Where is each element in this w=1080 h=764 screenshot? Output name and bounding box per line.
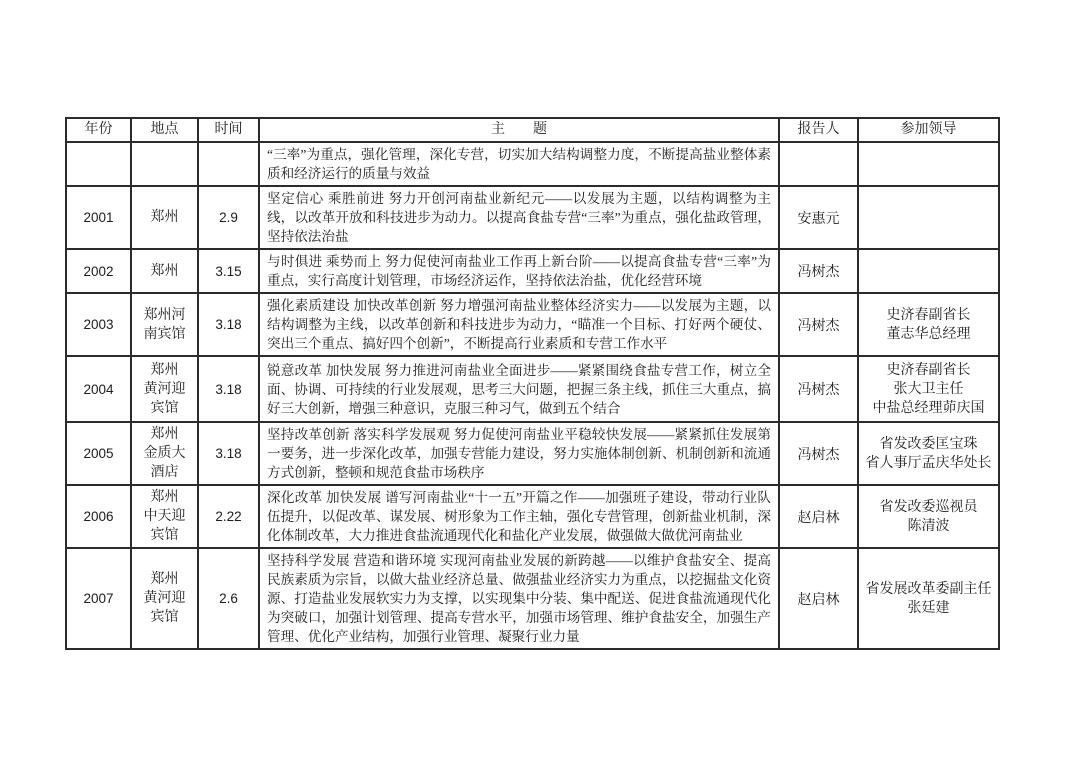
table-row: 2002 郑州 3.15 与时俱进 乘势而上 努力促使河南盐业工作再上新台阶——… bbox=[66, 249, 999, 293]
column-header-leaders: 参加领导 bbox=[858, 118, 999, 142]
cell-location: 郑州 中天迎 宾馆 bbox=[131, 485, 198, 548]
cell-time: 3.18 bbox=[198, 422, 259, 485]
cell-leaders: 省发改委匡宝珠 省人事厅孟庆华处长 bbox=[858, 422, 999, 485]
column-header-reporter: 报告人 bbox=[779, 118, 858, 142]
document-page: 年份 地点 时间 主 题 报告人 参加领导 “三率”为重点，强化管理，深化专营，… bbox=[0, 0, 1080, 764]
cell-time: 2.6 bbox=[198, 548, 259, 649]
table-row: 2001 郑州 2.9 坚定信心 乘胜前进 努力开创河南盐业新纪元——以发展为主… bbox=[66, 186, 999, 249]
cell-time: 2.9 bbox=[198, 186, 259, 249]
table-row: 2003 郑州河 南宾馆 3.18 强化素质建设 加快改革创新 努力增强河南盐业… bbox=[66, 293, 999, 356]
cell-reporter bbox=[779, 142, 858, 186]
cell-reporter: 赵启林 bbox=[779, 485, 858, 548]
cell-year: 2006 bbox=[66, 485, 131, 548]
cell-theme: 坚持科学发展 营造和谐环境 实现河南盐业发展的新跨越——以维护食盐安全、提高民族… bbox=[259, 548, 779, 649]
table-row: 2006 郑州 中天迎 宾馆 2.22 深化改革 加快发展 谱写河南盐业“十一五… bbox=[66, 485, 999, 548]
table-row: 2007 郑州 黄河迎 宾馆 2.6 坚持科学发展 营造和谐环境 实现河南盐业发… bbox=[66, 548, 999, 649]
table-row: 2004 郑州 黄河迎 宾馆 3.18 锐意改革 加快发展 努力推进河南盐业全面… bbox=[66, 356, 999, 422]
cell-time: 3.18 bbox=[198, 356, 259, 422]
cell-leaders: 省发改委巡视员 陈清波 bbox=[858, 485, 999, 548]
cell-year: 2002 bbox=[66, 249, 131, 293]
cell-location: 郑州 黄河迎 宾馆 bbox=[131, 356, 198, 422]
cell-location: 郑州 bbox=[131, 249, 198, 293]
table-row: “三率”为重点，强化管理，深化专营，切实加大结构调整力度，不断提高盐业整体素质和… bbox=[66, 142, 999, 186]
table-header-row: 年份 地点 时间 主 题 报告人 参加领导 bbox=[66, 118, 999, 142]
cell-time bbox=[198, 142, 259, 186]
column-header-theme: 主 题 bbox=[259, 118, 779, 142]
cell-leaders: 史济春副省长 董志华总经理 bbox=[858, 293, 999, 356]
cell-reporter: 冯树杰 bbox=[779, 249, 858, 293]
cell-theme: 锐意改革 加快发展 努力推进河南盐业全面进步——紧紧围绕食盐专营工作，树立全面、… bbox=[259, 356, 779, 422]
cell-theme: “三率”为重点，强化管理，深化专营，切实加大结构调整力度，不断提高盐业整体素质和… bbox=[259, 142, 779, 186]
cell-leaders: 史济春副省长 张大卫主任 中盐总经理茆庆国 bbox=[858, 356, 999, 422]
cell-reporter: 冯树杰 bbox=[779, 356, 858, 422]
cell-leaders bbox=[858, 186, 999, 249]
cell-year: 2003 bbox=[66, 293, 131, 356]
table-row: 2005 郑州 金质大 酒店 3.18 坚持改革创新 落实科学发展观 努力促使河… bbox=[66, 422, 999, 485]
cell-location: 郑州 bbox=[131, 186, 198, 249]
cell-year: 2007 bbox=[66, 548, 131, 649]
cell-location: 郑州河 南宾馆 bbox=[131, 293, 198, 356]
column-header-location: 地点 bbox=[131, 118, 198, 142]
cell-leaders: 省发展改革委副主任 张廷建 bbox=[858, 548, 999, 649]
cell-reporter: 冯树杰 bbox=[779, 422, 858, 485]
cell-theme: 与时俱进 乘势而上 努力促使河南盐业工作再上新台阶——以提高食盐专营“三率”为重… bbox=[259, 249, 779, 293]
cell-location: 郑州 金质大 酒店 bbox=[131, 422, 198, 485]
meeting-table: 年份 地点 时间 主 题 报告人 参加领导 “三率”为重点，强化管理，深化专营，… bbox=[65, 117, 1000, 650]
cell-time: 2.22 bbox=[198, 485, 259, 548]
cell-reporter: 安惠元 bbox=[779, 186, 858, 249]
cell-theme: 坚定信心 乘胜前进 努力开创河南盐业新纪元——以发展为主题，以结构调整为主线，以… bbox=[259, 186, 779, 249]
cell-year: 2005 bbox=[66, 422, 131, 485]
cell-theme: 坚持改革创新 落实科学发展观 努力促使河南盐业平稳较快发展——紧紧抓住发展第一要… bbox=[259, 422, 779, 485]
cell-year: 2001 bbox=[66, 186, 131, 249]
column-header-time: 时间 bbox=[198, 118, 259, 142]
cell-location bbox=[131, 142, 198, 186]
column-header-year: 年份 bbox=[66, 118, 131, 142]
cell-leaders bbox=[858, 142, 999, 186]
cell-reporter: 冯树杰 bbox=[779, 293, 858, 356]
cell-year bbox=[66, 142, 131, 186]
cell-time: 3.18 bbox=[198, 293, 259, 356]
cell-leaders bbox=[858, 249, 999, 293]
cell-year: 2004 bbox=[66, 356, 131, 422]
cell-theme: 深化改革 加快发展 谱写河南盐业“十一五”开篇之作——加强班子建设，带动行业队伍… bbox=[259, 485, 779, 548]
cell-theme: 强化素质建设 加快改革创新 努力增强河南盐业整体经济实力——以发展为主题，以结构… bbox=[259, 293, 779, 356]
cell-reporter: 赵启林 bbox=[779, 548, 858, 649]
cell-time: 3.15 bbox=[198, 249, 259, 293]
cell-location: 郑州 黄河迎 宾馆 bbox=[131, 548, 198, 649]
